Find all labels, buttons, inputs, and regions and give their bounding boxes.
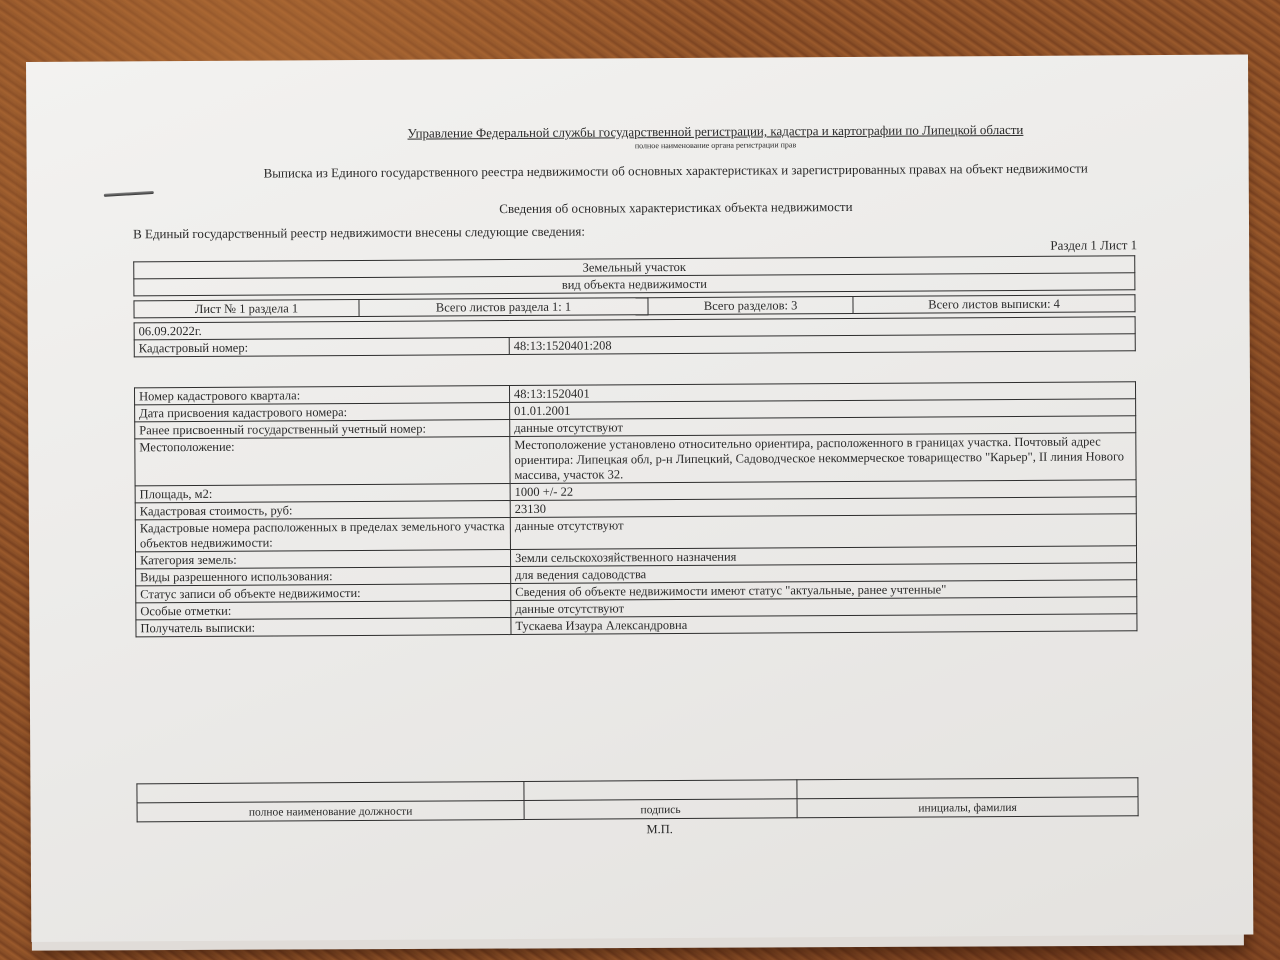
- table-row: Местоположение:Местоположение установлен…: [135, 432, 1136, 485]
- stamp-place: М.П.: [135, 819, 1145, 840]
- cadastral-number-label: Кадастровый номер:: [134, 337, 509, 356]
- header-table: 06.09.2022г. Кадастровый номер: 48:13:15…: [134, 316, 1136, 357]
- name-caption: инициалы, фамилия: [797, 796, 1138, 817]
- row-label: Местоположение:: [135, 436, 510, 485]
- sheets-table: Лист № 1 раздела 1 Всего листов раздела …: [133, 294, 1135, 318]
- sections-total: Всего разделов: 3: [648, 296, 853, 314]
- row-label: Кадастровые номера расположенных в преде…: [135, 517, 510, 551]
- extract-document: Управление Федеральной службы государств…: [130, 121, 1144, 840]
- position-caption: полное наименование должности: [137, 800, 524, 821]
- extract-sheets-total: Всего листов выписки: 4: [853, 294, 1135, 313]
- cadastral-number-value: 48:13:1520401:208: [509, 333, 1135, 354]
- row-value: данные отсутствуют: [510, 513, 1136, 549]
- signature-caption: подпись: [524, 798, 797, 819]
- row-value: Тускаева Изаура Александровна: [511, 613, 1137, 634]
- document-title: Выписка из Единого государственного реес…: [131, 160, 1141, 182]
- position-field: [137, 781, 524, 802]
- section-title: Сведения об основных характеристиках объ…: [131, 197, 1141, 219]
- document-paper: Управление Федеральной службы государств…: [26, 55, 1253, 942]
- row-label: Получатель выписки:: [136, 617, 511, 636]
- section-sheets-total: Всего листов раздела 1: 1: [359, 297, 648, 316]
- object-type-table: Земельный участок вид объекта недвижимос…: [133, 255, 1135, 296]
- row-value: Местоположение установлено относительно …: [510, 432, 1136, 483]
- signature-field: [524, 779, 797, 800]
- sheet-number: Лист № 1 раздела 1: [134, 299, 359, 317]
- name-field: [797, 777, 1138, 798]
- characteristics-table: Номер кадастрового квартала:48:13:152040…: [134, 381, 1138, 637]
- signature-table: полное наименование должности подпись ин…: [136, 777, 1138, 822]
